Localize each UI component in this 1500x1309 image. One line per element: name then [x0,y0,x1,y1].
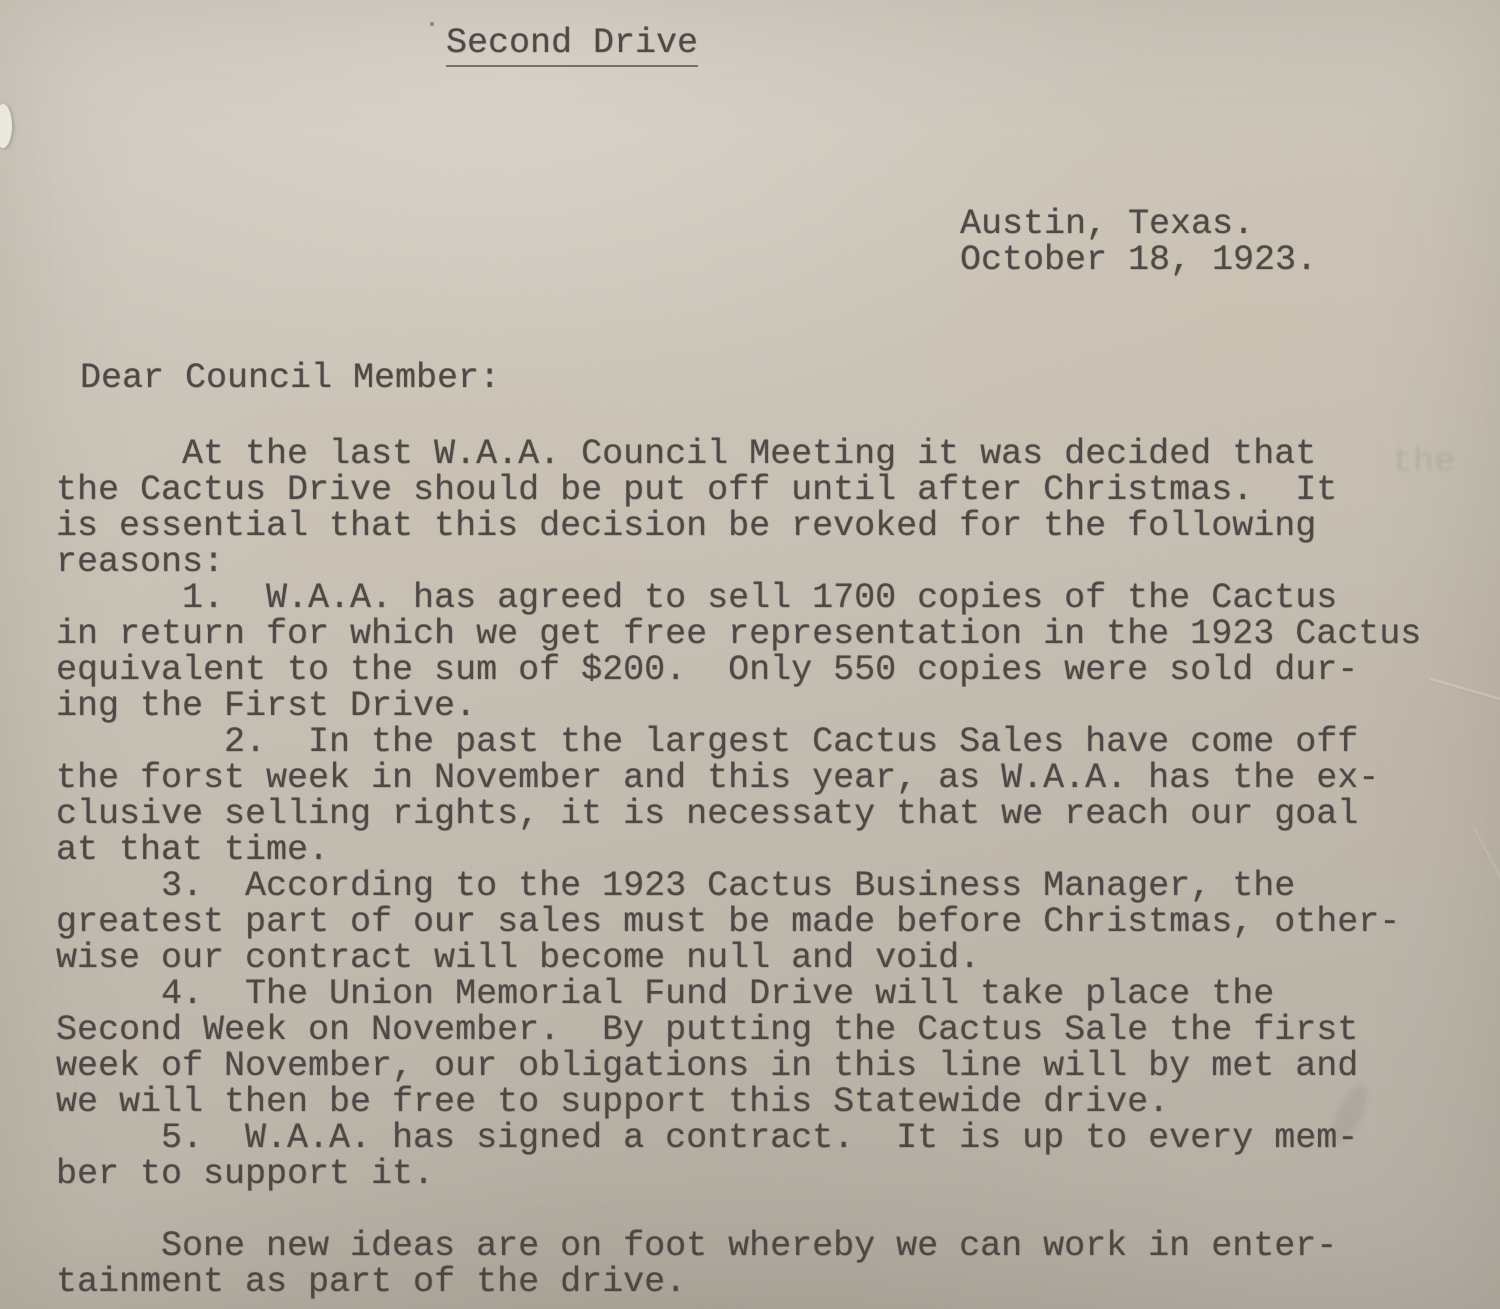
letter-text-line: tainment as part of the drive. [56,1264,1421,1300]
letter-text-line: Sone new ideas are on foot whereby we ca… [56,1228,1421,1264]
letter-title: Second Drive [446,25,698,67]
letter-text-line: 5. W.A.A. has signed a contract. It is u… [56,1120,1421,1156]
paper-crease [1430,678,1500,708]
letter-text-line: at that time. [56,832,1421,868]
letter-text-line: week of November, our obligations in thi… [56,1048,1421,1084]
letter-text-line: equivalent to the sum of $200. Only 550 … [56,652,1421,688]
letter-text-line: the Cactus Drive should be put off until… [56,472,1421,508]
ghost-overstrike-text: the [1392,442,1455,482]
letter-text-line: clusive selling rights, it is necessaty … [56,796,1421,832]
letter-page: Second Drive Austin, Texas.October 18, 1… [0,0,1500,1309]
letter-text-line: Austin, Texas. [960,207,1317,243]
letter-text-line: 2. In the past the largest Cactus Sales … [56,724,1421,760]
letter-text-line: reasons: [56,544,1421,580]
letter-text-line: Second Week on November. By putting the … [56,1012,1421,1048]
letter-text-line [56,1192,1421,1228]
letter-text-line: 4. The Union Memorial Fund Drive will ta… [56,976,1421,1012]
letter-text-line: 3. According to the 1923 Cactus Business… [56,868,1421,904]
paper-edge-chip [0,104,12,148]
letter-text-line: the forst week in November and this year… [56,760,1421,796]
letter-text-line: October 18, 1923. [960,243,1317,279]
letter-body: At the last W.A.A. Council Meeting it wa… [56,436,1421,1300]
letter-text-line: At the last W.A.A. Council Meeting it wa… [56,436,1421,472]
letter-text-line: 1. W.A.A. has agreed to sell 1700 copies… [56,580,1421,616]
letter-text-line: we will then be free to support this Sta… [56,1084,1421,1120]
letter-text-line: ing the First Drive. [56,688,1421,724]
letter-text-line: greatest part of our sales must be made … [56,904,1421,940]
paper-speck [430,22,434,26]
letter-salutation: Dear Council Member: [80,360,500,396]
letter-dateline: Austin, Texas.October 18, 1923. [960,207,1317,279]
paper-crease-small [1472,827,1500,899]
letter-text-line: wise our contract will become null and v… [56,940,1421,976]
letter-text-line: in return for which we get free represen… [56,616,1421,652]
letter-text-line: ber to support it. [56,1156,1421,1192]
letter-text-line: is essential that this decision be revok… [56,508,1421,544]
